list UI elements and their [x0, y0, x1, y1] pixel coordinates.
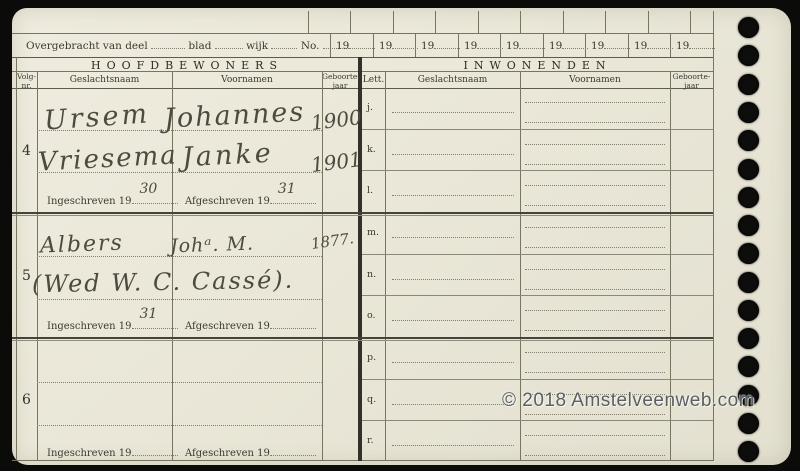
voornamen-header-left: Voornamen [172, 75, 322, 86]
writing-line [525, 269, 665, 270]
handwritten-geboortejaar: 1900 [310, 107, 363, 133]
year-blank-line [604, 39, 630, 49]
lett-header: Lett. [362, 75, 385, 86]
letter-label: o. [367, 310, 376, 321]
year-blank-line [519, 39, 545, 49]
blad-blank-line [215, 39, 243, 49]
letter-label: m. [367, 227, 379, 238]
handwritten-geboortejaar: 1877. [310, 231, 355, 252]
afgeschreven-blank [270, 446, 316, 456]
writing-line [525, 227, 665, 228]
volgnr-value: 4 [16, 88, 37, 213]
grid-line [330, 33, 331, 57]
voornamen-header-right: Voornamen [520, 75, 670, 86]
grid-line [435, 11, 436, 33]
year-blank-line [434, 39, 460, 49]
year-label: 19 [549, 40, 562, 52]
writing-line [392, 112, 514, 113]
handwritten-geslachtsnaam: Ursem [43, 100, 151, 134]
afgeschreven-label: Afgeschreven 19 [185, 321, 270, 332]
afgeschreven-blank [270, 319, 316, 329]
afgeschreven-label: Afgeschreven 19 [185, 448, 270, 459]
writing-line [37, 425, 322, 426]
year-cell: 19 [421, 39, 460, 57]
writing-line [525, 122, 665, 123]
hoofdbewoners-title: HOOFDBEWONERS [16, 59, 358, 72]
transfer-row: Overgebracht van deel blad wijk No. [26, 39, 353, 52]
transfer-deel-label: Overgebracht van deel [26, 40, 148, 52]
year-blank-line [477, 39, 503, 49]
ingeschreven-label: Ingeschreven 19 [47, 196, 132, 207]
geslachtsnaam-header-right: Geslachtsnaam [385, 75, 520, 86]
ingeschreven-blank [132, 446, 178, 456]
writing-line [392, 362, 514, 363]
writing-line [392, 320, 514, 321]
handwritten-year: 31 [278, 181, 296, 197]
punch-hole-icon [738, 159, 759, 180]
writing-line [525, 310, 665, 311]
ingeschreven-blank: 30 [132, 194, 178, 204]
letter-label: p. [367, 352, 376, 363]
writing-line [392, 404, 514, 405]
inwonenden-row: n. [362, 255, 713, 297]
geboortejaar-header-left: Geboorte-jaar [322, 72, 358, 90]
volgnr-value: 6 [16, 338, 37, 461]
year-label: 19 [591, 40, 604, 52]
wijk-blank-line [271, 39, 297, 49]
writing-line [525, 247, 665, 248]
afgeschreven-line: Afgeschreven 1931 [185, 194, 316, 207]
grid-line [393, 11, 394, 33]
handwritten-geboortejaar: 1901 [310, 149, 363, 175]
year-label: 19 [336, 40, 349, 52]
year-blank-line [647, 39, 673, 49]
year-cell: 19 [464, 39, 503, 57]
writing-line [525, 144, 665, 145]
transfer-blad-label: blad [188, 40, 211, 52]
handwritten-geslachtsnaam: (Wed W. C. Cassé). [32, 268, 295, 297]
writing-line [37, 299, 322, 300]
handwritten-geslachtsnaam: Albers [40, 233, 125, 258]
ingeschreven-line: Ingeschreven 1930 [47, 194, 178, 207]
writing-line [525, 289, 665, 290]
geslachtsnaam-header-left: Geslachtsnaam [37, 75, 172, 86]
writing-line [392, 195, 514, 196]
grid-line [12, 57, 713, 58]
year-blank-line [349, 39, 375, 49]
writing-line [525, 102, 665, 103]
grid-line [605, 11, 606, 33]
year-label: 19 [464, 40, 477, 52]
writing-line [525, 455, 665, 456]
handwritten-voornamen: Johᵃ. M. [170, 235, 255, 257]
letter-label: q. [367, 394, 376, 405]
writing-line [392, 279, 514, 280]
punch-hole-icon [738, 272, 759, 293]
writing-line [525, 435, 665, 436]
inwonenden-row: m. [362, 213, 713, 255]
afgeschreven-blank: 31 [270, 194, 316, 204]
inwonenden-title: INWONENDEN [362, 59, 713, 72]
handwritten-voornamen: Janke [181, 140, 274, 172]
geboortejaar-header-line1: Geboorte- [670, 72, 713, 81]
inwonenden-row: r. [362, 421, 713, 461]
punch-hole-icon [738, 300, 759, 321]
writing-line [392, 154, 514, 155]
grid-line [563, 11, 564, 33]
grid-line [690, 11, 691, 33]
afgeschreven-line: Afgeschreven 19 [185, 446, 316, 459]
ingeschreven-label: Ingeschreven 19 [47, 448, 132, 459]
punch-hole-icon [738, 74, 759, 95]
writing-line [525, 205, 665, 206]
handwritten-year: 30 [140, 181, 158, 197]
letter-label: j. [367, 102, 373, 113]
year-label: 19 [634, 40, 647, 52]
inwonenden-row: o. [362, 296, 713, 338]
writing-line [525, 352, 665, 353]
letter-label: l. [367, 185, 373, 196]
block-separator [12, 337, 713, 341]
year-blank-line [392, 39, 418, 49]
inwonenden-row: l. [362, 171, 713, 213]
writing-line [392, 237, 514, 238]
grid-line [478, 11, 479, 33]
writing-line [525, 330, 665, 331]
handwritten-voornamen: Johannes [163, 98, 305, 132]
handwritten-geslachtsnaam: Vriesema [37, 142, 178, 175]
grid-line [308, 11, 309, 33]
year-label: 19 [421, 40, 434, 52]
punch-hole-icon [738, 130, 759, 151]
afgeschreven-label: Afgeschreven 19 [185, 196, 270, 207]
ingeschreven-line: Ingeschreven 19 [47, 446, 178, 459]
year-cell: 19 [549, 39, 588, 57]
letter-label: k. [367, 144, 376, 155]
year-cell: 19 [506, 39, 545, 57]
letter-label: r. [367, 435, 374, 446]
punch-hole-icon [738, 441, 759, 462]
punch-hole-icon [738, 215, 759, 236]
year-blank-line [689, 39, 715, 49]
year-cell: 19 [676, 39, 715, 57]
writing-line [37, 382, 322, 383]
year-cell: 19 [634, 39, 673, 57]
writing-line [525, 372, 665, 373]
transfer-no-label: No. [301, 40, 320, 52]
inwonenden-row: k. [362, 130, 713, 172]
inwonenden-row: p. [362, 338, 713, 380]
block-separator [12, 212, 713, 216]
ingeschreven-label: Ingeschreven 19 [47, 321, 132, 332]
afgeschreven-line: Afgeschreven 19 [185, 319, 316, 332]
year-cell: 19 [379, 39, 418, 57]
punch-hole-icon [738, 413, 759, 434]
punch-hole-icon [738, 356, 759, 377]
deel-blank-line [151, 39, 185, 49]
geboortejaar-header-line2: jaar [322, 81, 358, 90]
scanned-register-card-page: { "watermark": "© 2018 Amstelveenweb.com… [0, 0, 800, 471]
letter-label: n. [367, 269, 376, 280]
year-blank-line [562, 39, 588, 49]
grid-line [648, 11, 649, 33]
writing-line [525, 164, 665, 165]
punch-hole-icon [738, 17, 759, 38]
inwonenden-row: j. [362, 88, 713, 130]
copyright-watermark: © 2018 Amstelveenweb.com [502, 390, 755, 412]
punch-hole-icon [738, 187, 759, 208]
punch-hole-icon [738, 45, 759, 66]
ingeschreven-line: Ingeschreven 1931 [47, 319, 178, 332]
handwritten-year: 31 [140, 306, 158, 322]
year-cell: 19 [591, 39, 630, 57]
writing-line [525, 414, 665, 415]
writing-line [525, 185, 665, 186]
grid-line [520, 11, 521, 33]
grid-line [12, 33, 713, 34]
punch-hole-icon [738, 102, 759, 123]
ingeschreven-blank: 31 [132, 319, 178, 329]
writing-line [392, 445, 514, 446]
year-label: 19 [676, 40, 689, 52]
geboortejaar-header-line1: Geboorte- [322, 72, 358, 81]
year-label: 19 [379, 40, 392, 52]
volgnr-header-line1: Volg- [16, 72, 37, 81]
punch-hole-icon [738, 328, 759, 349]
punch-hole-icon [738, 243, 759, 264]
year-cell: 19 [336, 39, 375, 57]
year-label: 19 [506, 40, 519, 52]
grid-line [350, 11, 351, 33]
transfer-wijk-label: wijk [246, 40, 268, 52]
